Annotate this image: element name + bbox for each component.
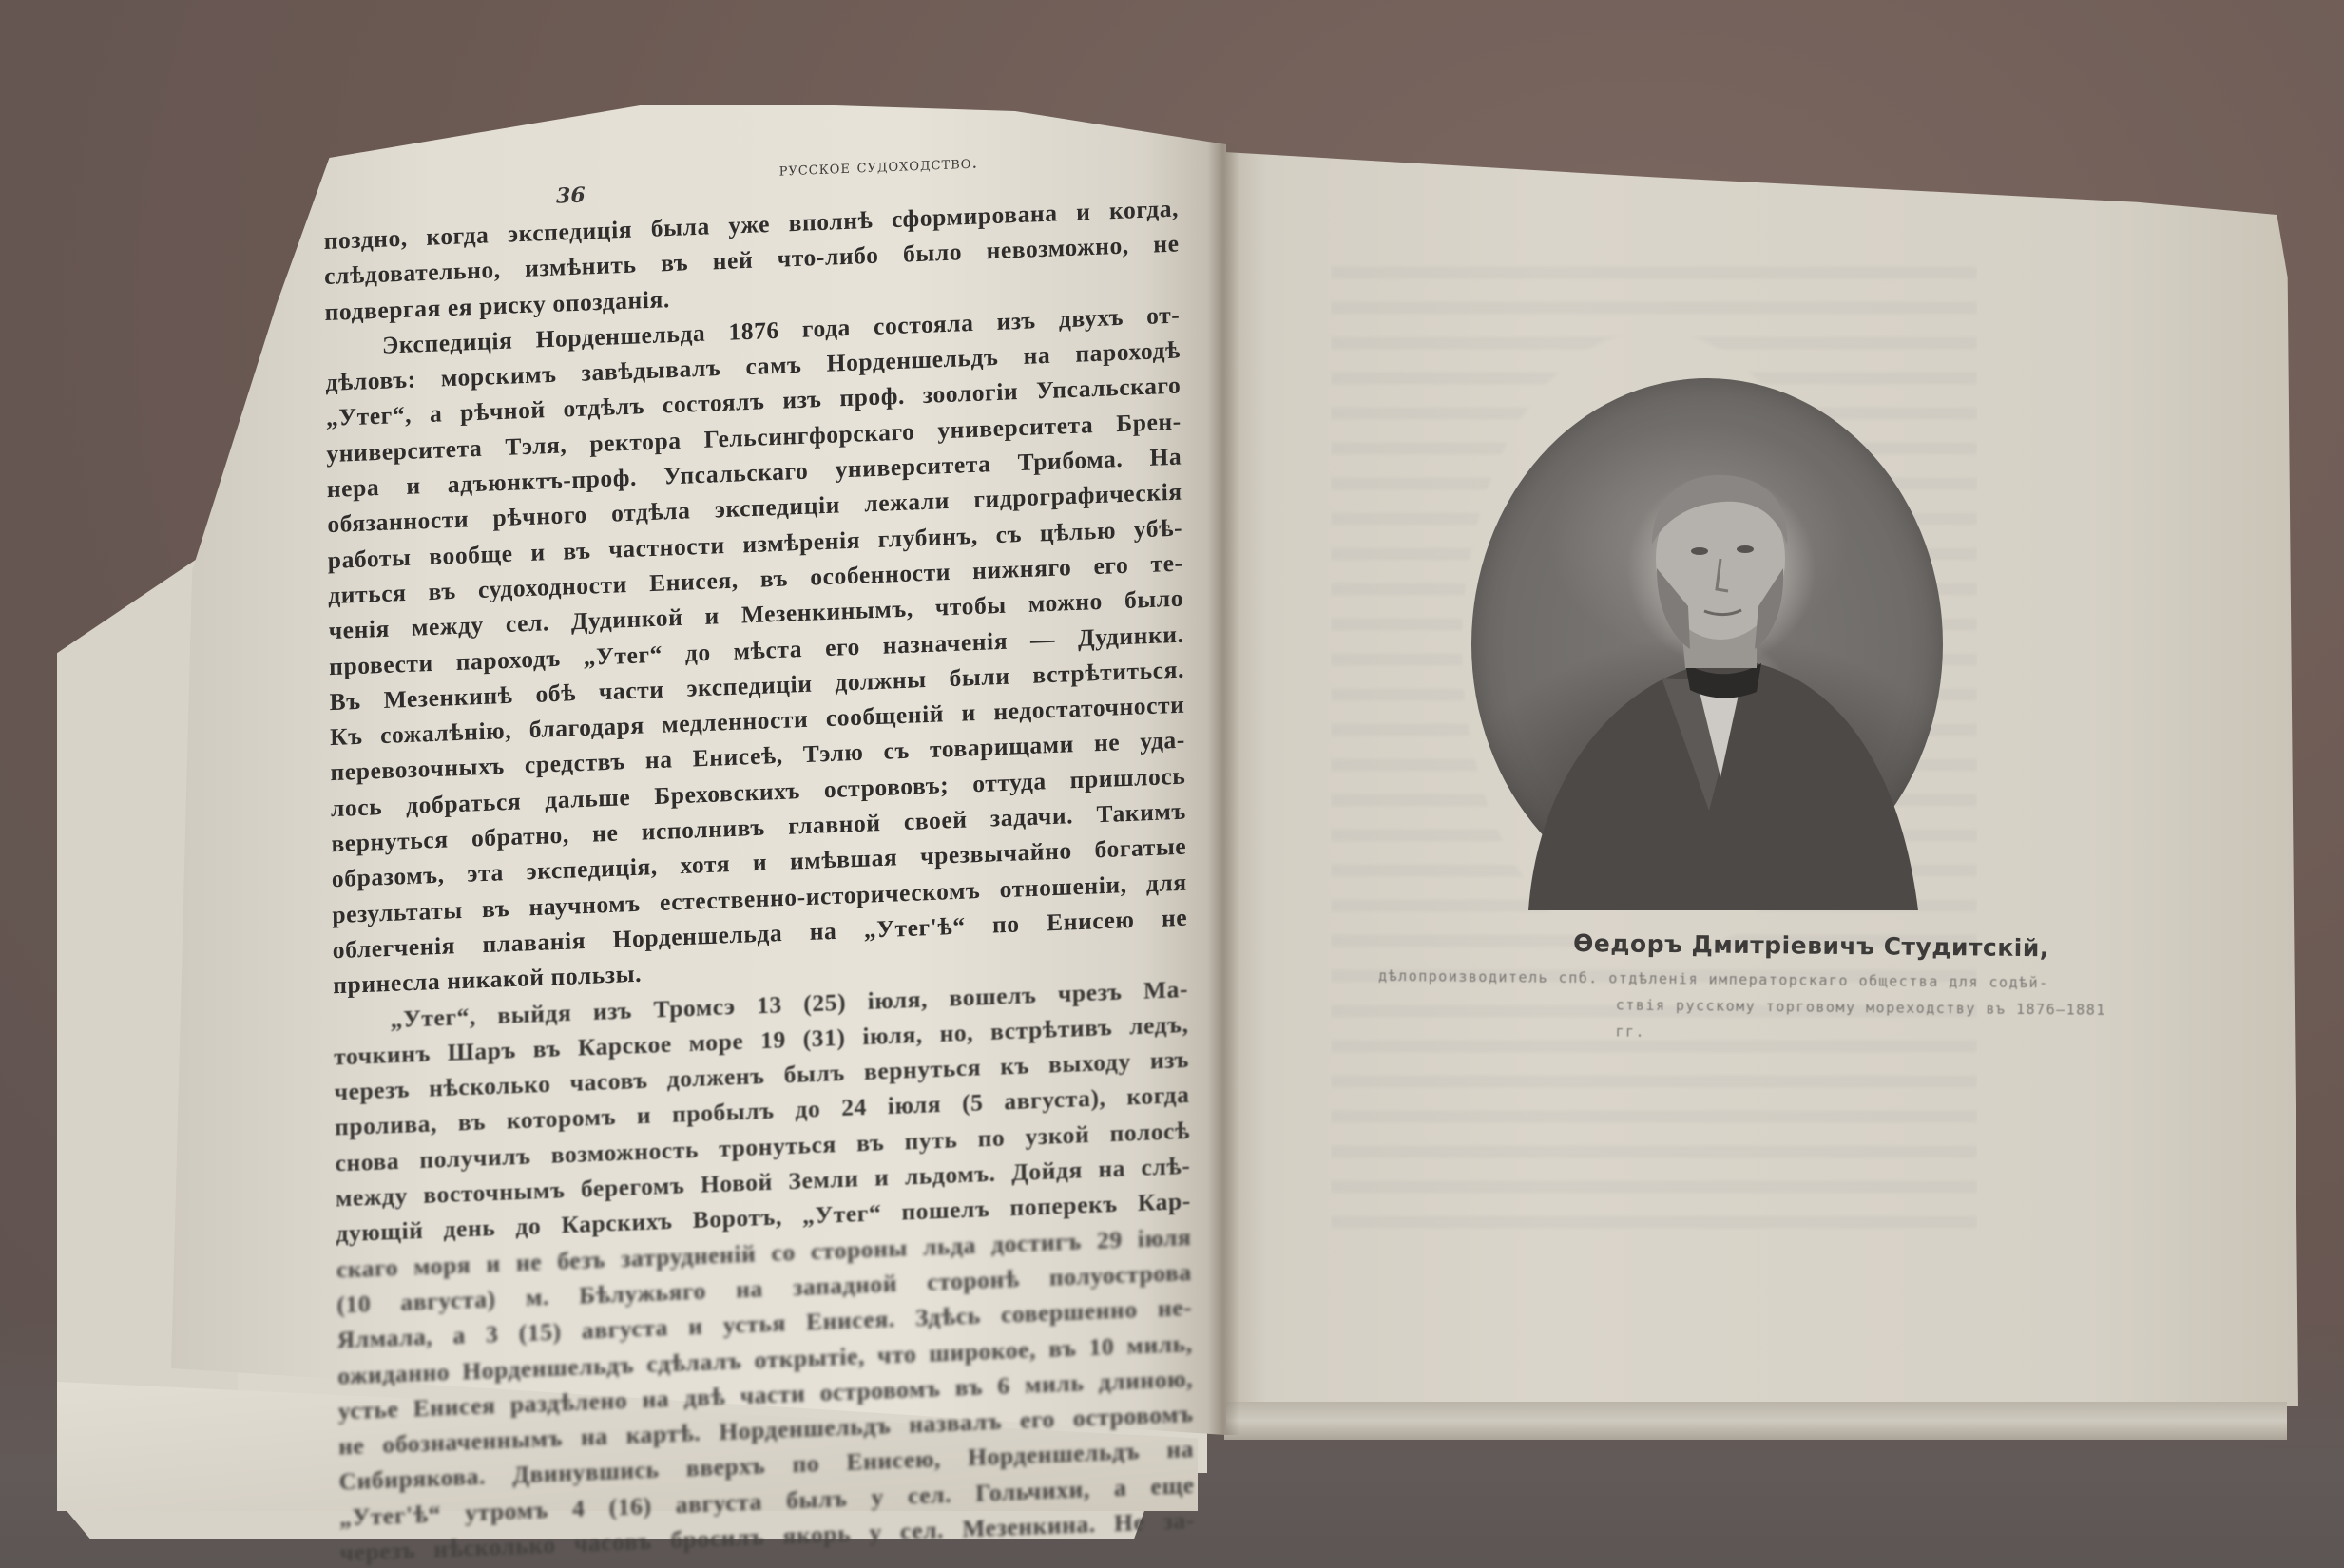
- photo-scene: 36 русское судоходство. поздно, когда эк…: [0, 0, 2344, 1568]
- body-text: поздно, когда экспедиція была уже вполнѣ…: [323, 190, 1195, 1568]
- right-page-bottom-edge: [1224, 1402, 2287, 1440]
- left-page-text: 36 русское судоходство. поздно, когда эк…: [323, 152, 1195, 1568]
- portrait-figure-icon: [1471, 378, 1943, 910]
- portrait-caption: Ѳедоръ Дмитріевичъ Студитскій, дѣлопроиз…: [1377, 927, 2129, 1050]
- portrait-photo-icon: [1471, 378, 1943, 910]
- page-number: 36: [556, 182, 586, 208]
- portrait-subtitle: дѣлопроизводитель спб. отдѣленія императ…: [1377, 963, 2129, 1050]
- portrait-subtitle-line-2: ствія русскому торговому мореходству въ …: [1377, 989, 2129, 1050]
- book-gutter: [1207, 143, 1239, 1435]
